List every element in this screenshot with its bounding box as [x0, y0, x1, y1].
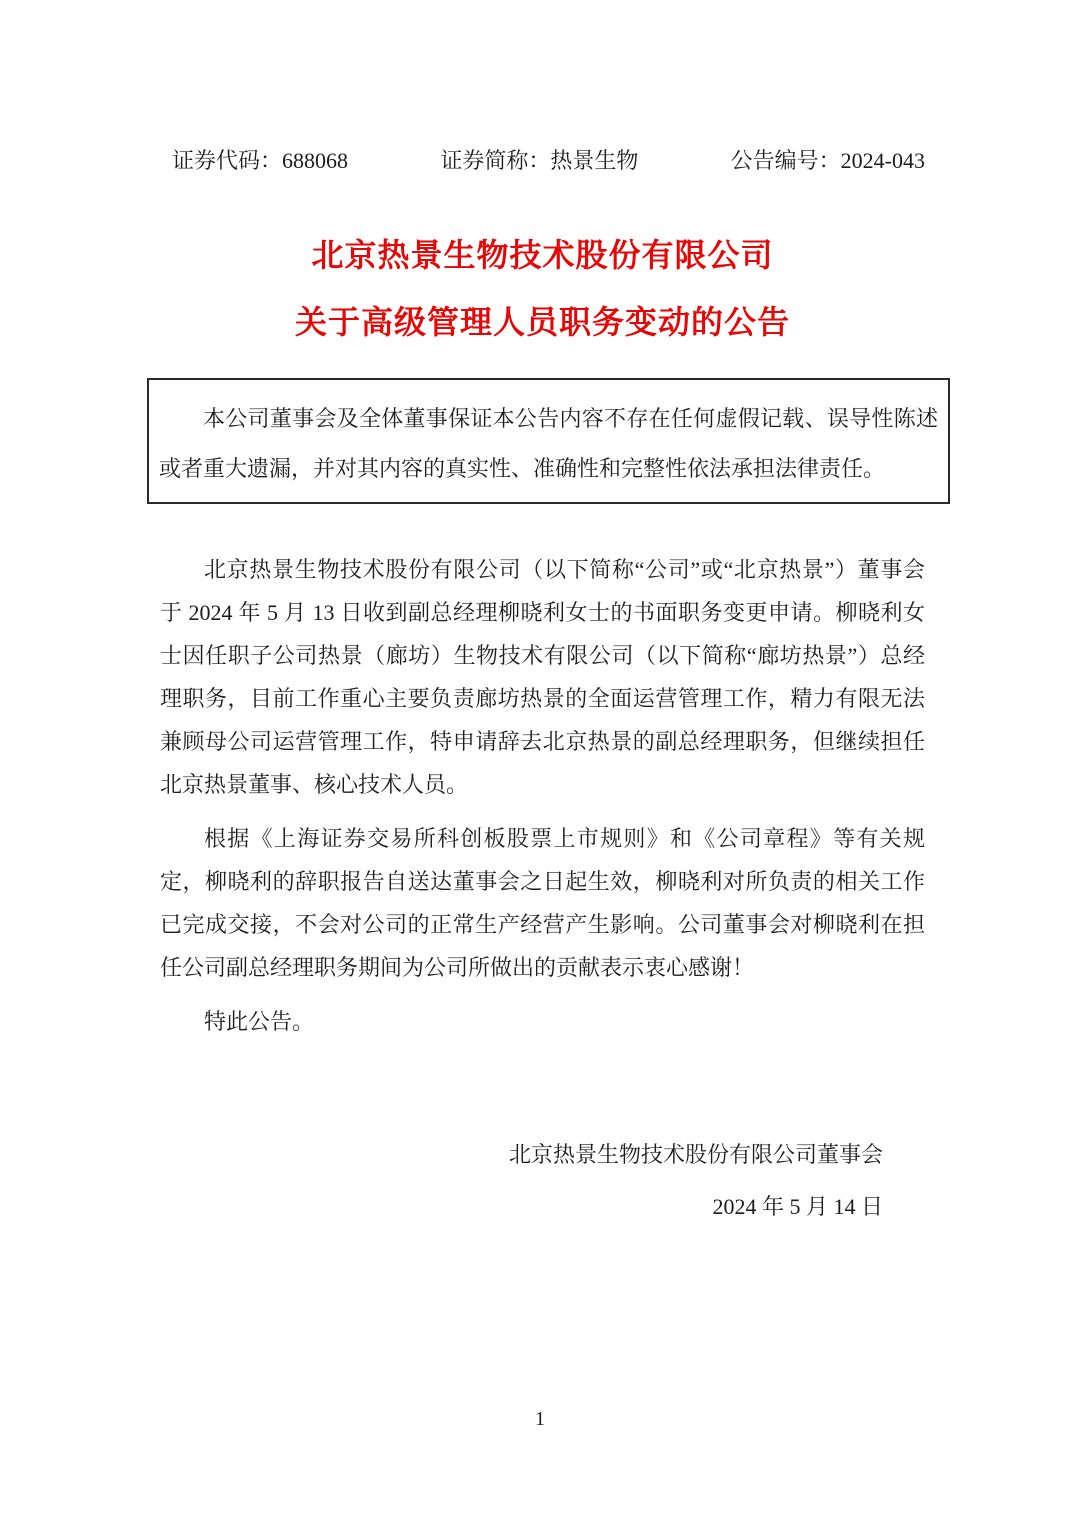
document-title-line1: 北京热景生物技术股份有限公司: [160, 222, 925, 289]
document-title-line2: 关于高级管理人员职务变动的公告: [160, 289, 925, 356]
announcement-body: 北京热景生物技术股份有限公司（以下简称“公司”或“北京热景”）董事会于 2024…: [160, 548, 925, 1043]
signature-date: 2024 年 5 月 14 日: [160, 1181, 883, 1233]
signature-block: 北京热景生物技术股份有限公司董事会 2024 年 5 月 14 日: [160, 1129, 925, 1233]
securities-header: 证券代码：688068 证券简称：热景生物 公告编号：2024-043: [160, 148, 925, 174]
body-paragraph-1: 北京热景生物技术股份有限公司（以下简称“公司”或“北京热景”）董事会于 2024…: [160, 548, 925, 806]
stock-code: 证券代码：688068: [172, 148, 348, 174]
page-number: 1: [0, 1408, 1080, 1431]
disclaimer-text: 本公司董事会及全体董事保证本公告内容不存在任何虚假记载、误导性陈述或者重大遗漏，…: [159, 394, 938, 494]
announcement-number: 公告编号：2024-043: [731, 148, 925, 174]
announcement-page: 证券代码：688068 证券简称：热景生物 公告编号：2024-043 北京热景…: [0, 0, 1080, 1528]
stock-short-name: 证券简称：热景生物: [440, 148, 638, 174]
signature-company: 北京热景生物技术股份有限公司董事会: [160, 1129, 883, 1181]
disclaimer-box: 本公司董事会及全体董事保证本公告内容不存在任何虚假记载、误导性陈述或者重大遗漏，…: [147, 378, 950, 504]
closing-statement: 特此公告。: [160, 1000, 925, 1043]
body-paragraph-2: 根据《上海证券交易所科创板股票上市规则》和《公司章程》等有关规定，柳晓利的辞职报…: [160, 817, 925, 989]
page-content: 证券代码：688068 证券简称：热景生物 公告编号：2024-043 北京热景…: [0, 148, 1080, 1233]
document-title: 北京热景生物技术股份有限公司 关于高级管理人员职务变动的公告: [160, 222, 925, 356]
